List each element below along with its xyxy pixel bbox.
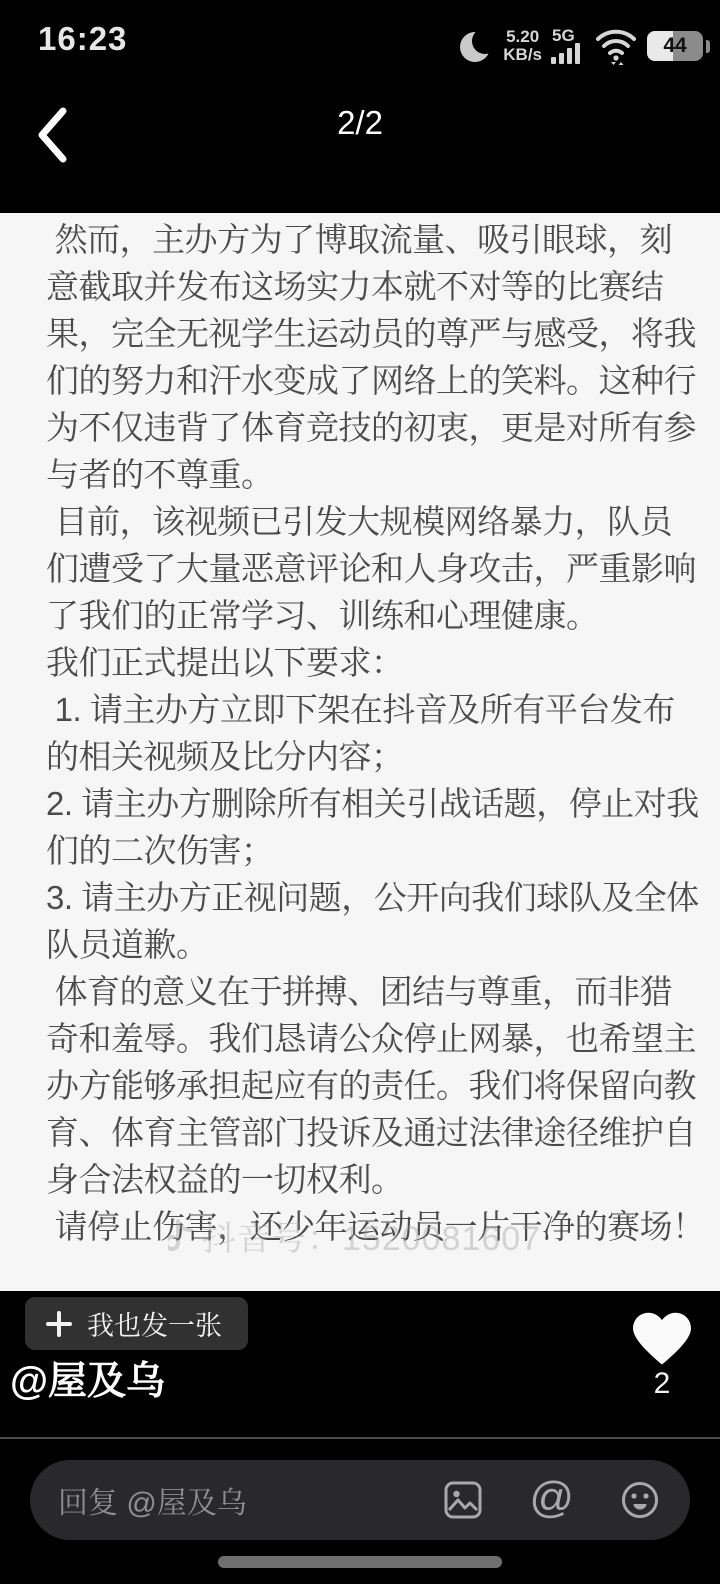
statement-text-line: 为不仅违背了体育竞技的初衷，更是对所有参	[46, 404, 698, 451]
like-heart-icon[interactable]	[633, 1311, 691, 1367]
statement-text-line: 与者的不尊重。	[46, 451, 698, 498]
statement-text-line: 意截取并发布这场实力本就不对等的比赛结	[46, 263, 698, 310]
douyin-watermark: 抖音号：1520081607	[168, 1211, 541, 1260]
reply-placeholder: 回复 @屋及乌	[58, 1478, 443, 1522]
attach-image-icon[interactable]	[443, 1480, 483, 1520]
statement-text: 然而，主办方为了博取流量、吸引眼球，刻意截取并发布这场实力本就不对等的比赛结果，…	[46, 216, 698, 1250]
signal-bars-icon	[551, 43, 585, 64]
speed-value: 5.20	[506, 28, 539, 46]
network-type-label: 5G	[552, 29, 575, 43]
emoji-icon[interactable]	[620, 1480, 660, 1520]
reply-input[interactable]: 回复 @屋及乌 @	[30, 1460, 690, 1540]
like-count: 2	[633, 1367, 691, 1401]
statement-text-line: 了我们的正常学习、训练和心理健康。	[46, 592, 698, 639]
commenter-username[interactable]: @屋及乌	[10, 1350, 165, 1406]
battery-nub	[706, 40, 710, 53]
statement-text-line: 们的二次伤害；	[46, 827, 698, 874]
statement-text-line: 们遭受了大量恶意评论和人身攻击，严重影响	[46, 545, 698, 592]
statement-text-line: 的相关视频及比分内容；	[46, 733, 698, 780]
douyin-watermark-text: 抖音号：1520081607	[202, 1211, 541, 1260]
statement-text-line: 2. 请主办方删除所有相关引战话题，停止对我	[46, 780, 698, 827]
statement-text-line: 然而，主办方为了博取流量、吸引眼球，刻	[46, 216, 698, 263]
statement-text-line: 体育的意义在于拼搏、团结与尊重，而非猎	[46, 968, 698, 1015]
cellular-block: 5G	[551, 29, 585, 64]
screen: 16:23 5.20 KB/s 5G	[0, 0, 720, 1584]
statement-text-line: 目前，该视频已引发大规模网络暴力，队员	[46, 498, 698, 545]
douyin-note-icon	[168, 1219, 194, 1253]
night-mode-moon-icon	[458, 28, 494, 64]
post-photo-button[interactable]: 我也发一张	[25, 1297, 248, 1350]
battery-icon: 44	[647, 31, 703, 61]
statement-text-line: 身合法权益的一切权利。	[46, 1156, 698, 1203]
plus-icon	[45, 1310, 73, 1338]
page-indicator: 2/2	[0, 104, 720, 142]
speed-unit: KB/s	[503, 46, 542, 64]
statement-text-line: 1. 请主办方立即下架在抖音及所有平台发布	[46, 686, 698, 733]
statement-text-line: 们的努力和汗水变成了网络上的笑料。这种行	[46, 357, 698, 404]
post-photo-label: 我也发一张	[87, 1304, 222, 1343]
comment-bar-divider	[0, 1437, 720, 1439]
statement-text-line: 奇和羞辱。我们恳请公众停止网暴，也希望主	[46, 1015, 698, 1062]
statement-text-line: 我们正式提出以下要求：	[46, 639, 698, 686]
status-time: 16:23	[38, 20, 127, 58]
battery-percent: 44	[647, 31, 703, 61]
statement-text-line: 办方能够承担起应有的责任。我们将保留向教	[46, 1062, 698, 1109]
statement-image[interactable]: 然而，主办方为了博取流量、吸引眼球，刻意截取并发布这场实力本就不对等的比赛结果，…	[0, 213, 720, 1291]
mention-at-icon[interactable]: @	[529, 1478, 574, 1518]
statement-text-line: 果，完全无视学生运动员的尊严与感受，将我	[46, 310, 698, 357]
statement-text-line: 队员道歉。	[46, 921, 698, 968]
reply-toolbar: @	[443, 1480, 660, 1520]
network-speed: 5.20 KB/s	[503, 28, 542, 64]
wifi-icon	[594, 27, 638, 65]
statement-text-line: 3. 请主办方正视问题，公开向我们球队及全体	[46, 874, 698, 921]
statement-text-line: 育、体育主管部门投诉及通过法律途径维护自	[46, 1109, 698, 1156]
status-icons: 5.20 KB/s 5G 44	[458, 24, 710, 68]
home-indicator-bar[interactable]	[218, 1556, 502, 1568]
